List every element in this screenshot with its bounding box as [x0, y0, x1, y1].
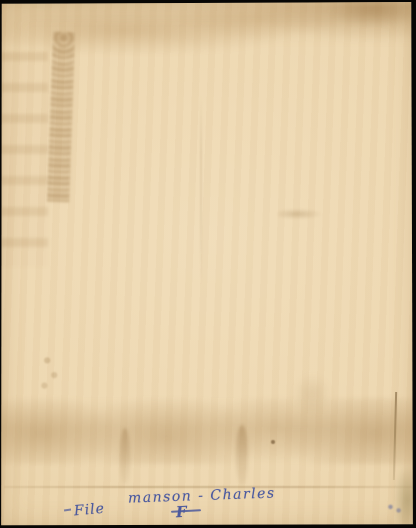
file-label-lead-dash: [64, 509, 71, 511]
right-scratch-line: [393, 392, 397, 480]
left-drip-stain: [120, 428, 130, 484]
vertical-crease-mark: [200, 95, 202, 285]
initial-cross-stroke: [171, 509, 201, 513]
bottom-right-ink-specks: [386, 502, 404, 516]
faint-pencil-smudge: [278, 208, 326, 220]
bottom-stain-band: [0, 398, 416, 464]
handwritten-initial-annotation: F: [176, 503, 188, 522]
top-stain-band: [0, 2, 416, 54]
dark-speck-mark: [271, 440, 275, 444]
handwritten-name-annotation: manson - Charles: [128, 485, 276, 506]
bottom-right-corner-stain: [394, 462, 416, 526]
left-speckle-stain: [36, 352, 64, 394]
photo-back-paper: manson - Charles F File: [0, 0, 416, 528]
left-dotted-stain-trail: [47, 32, 75, 203]
bottom-edge-stain-line: [4, 486, 412, 488]
handwritten-file-label: File: [73, 501, 105, 520]
left-ghost-offset-marks: [0, 52, 48, 267]
scan-background: manson - Charles F File: [0, 0, 416, 528]
mid-right-smudge-stain: [290, 372, 334, 418]
center-drip-stain: [236, 425, 248, 485]
top-right-stain: [325, 0, 416, 30]
